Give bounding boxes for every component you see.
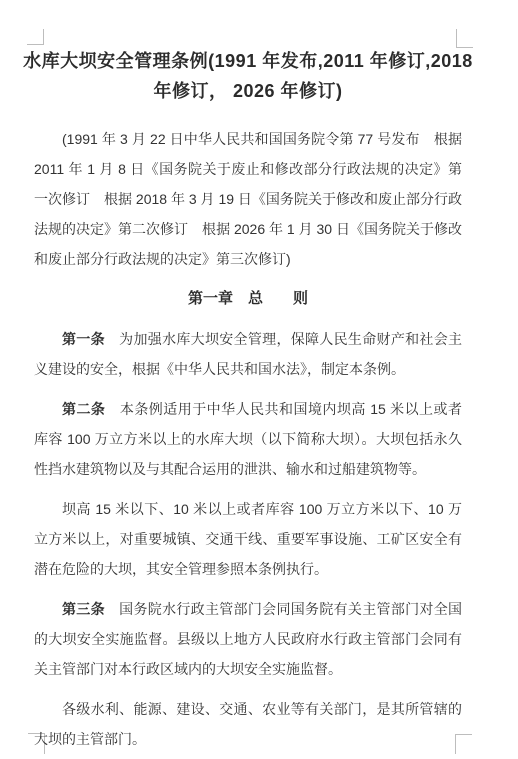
- body-paragraph: 坝高 15 米以下、10 米以上或者库容 100 万立方米以下、10 万立方米以…: [34, 494, 462, 584]
- article-paragraph: 第一条 为加强水库大坝安全管理，保障人民生命财产和社会主义建设的安全，根据《中华…: [34, 324, 462, 384]
- article-number: 第三条: [62, 601, 105, 617]
- document-title: 水库大坝安全管理条例(1991 年发布,2011 年修订,2018 年修订， 2…: [20, 46, 476, 106]
- document-title-line-1: 水库大坝安全管理条例(1991 年发布,2011 年修订,2018: [20, 46, 476, 76]
- article-number: 第二条: [62, 401, 105, 417]
- preamble-paragraph: (1991 年 3 月 22 日中华人民共和国国务院令第 77 号发布 根据 2…: [34, 124, 462, 274]
- body-paragraph: 各级水利、能源、建设、交通、农业等有关部门，是其所管辖的大坝的主管部门。: [34, 694, 462, 754]
- article-paragraph: 第三条 国务院水行政主管部门会同国务院有关主管部门对全国的大坝安全实施监督。县级…: [34, 594, 462, 684]
- document-page: 水库大坝安全管理条例(1991 年发布,2011 年修订,2018 年修订， 2…: [0, 0, 518, 759]
- chapter-heading: 第一章 总 则: [34, 284, 462, 314]
- paragraphs: 第一条 为加强水库大坝安全管理，保障人民生命财产和社会主义建设的安全，根据《中华…: [34, 324, 462, 754]
- document-title-line-2: 年修订， 2026 年修订): [20, 76, 476, 106]
- document-content: 水库大坝安全管理条例(1991 年发布,2011 年修订,2018 年修订， 2…: [34, 0, 462, 759]
- article-number: 第一条: [62, 331, 105, 347]
- article-paragraph: 第二条 本条例适用于中华人民共和国境内坝高 15 米以上或者库容 100 万立方…: [34, 394, 462, 484]
